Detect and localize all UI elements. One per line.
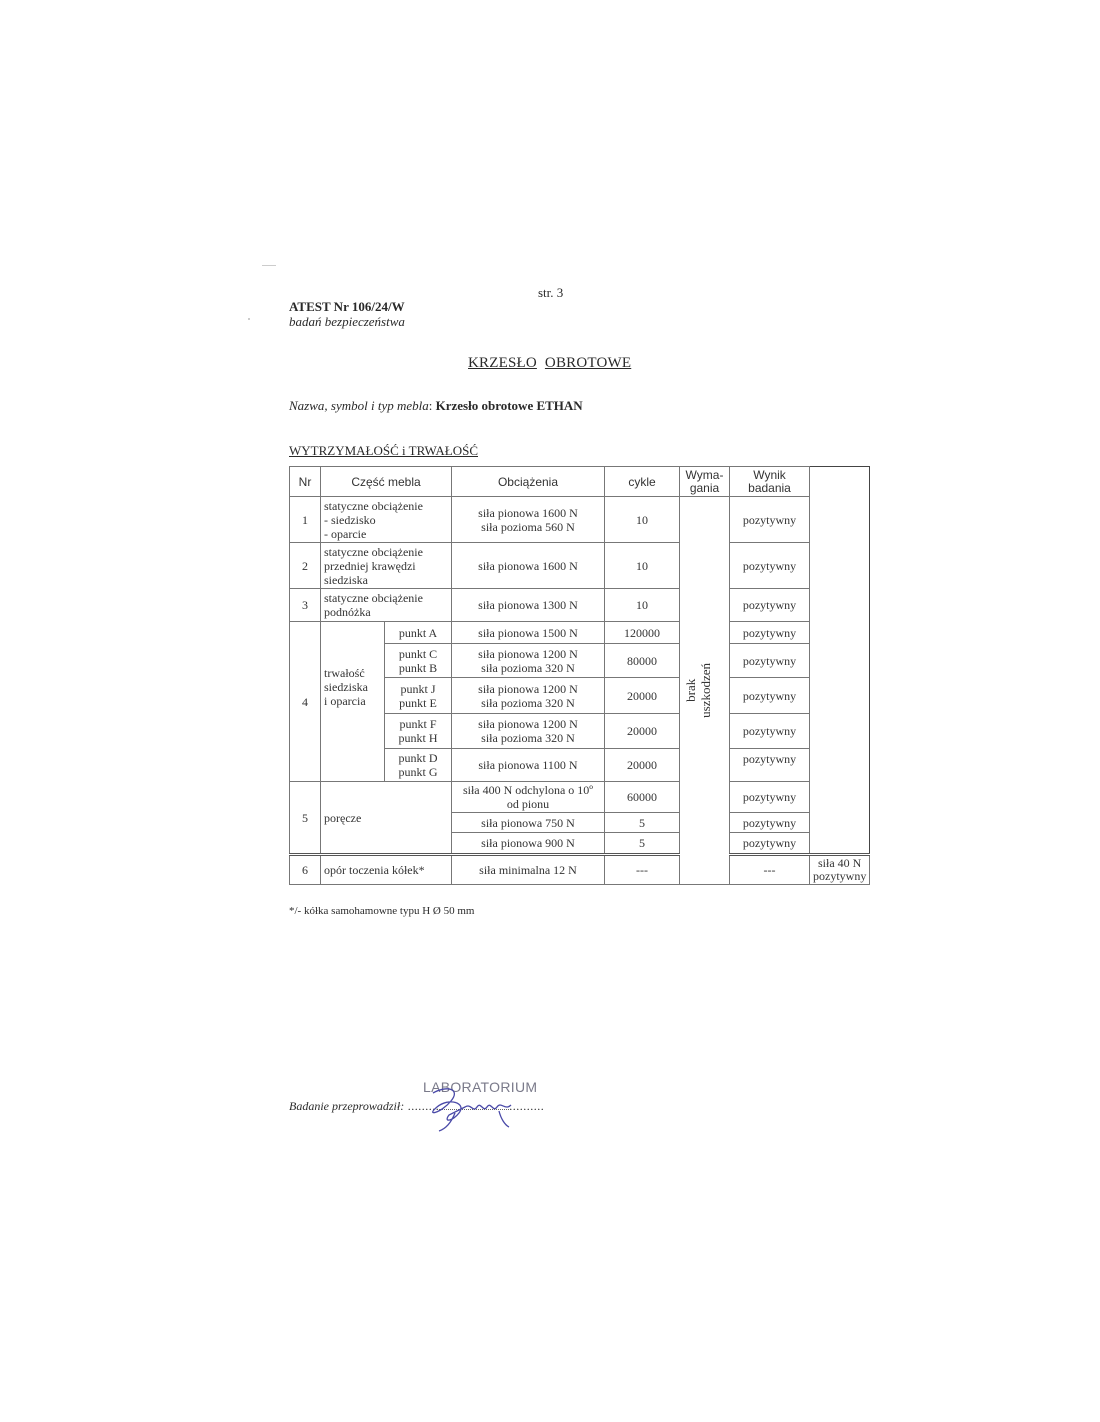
- table-row: 3 statyczne obciążeniepodnóżka siła pion…: [290, 589, 870, 622]
- title-word-2: OBROTOWE: [545, 355, 631, 371]
- footnote: */- kółka samohamowne typu H Ø 50 mm: [289, 905, 474, 917]
- table-row: 5 poręcze siła 400 N odchylona o 10ºod p…: [290, 782, 870, 813]
- row-cycles: 10: [605, 497, 680, 543]
- row-load: siła pionowa 1600 N: [452, 543, 605, 589]
- signature-label: Badanie przeprowadził:: [289, 1099, 404, 1113]
- row-cycles: 5: [605, 813, 680, 833]
- table-row: 1 statyczne obciążenie- siedzisko- oparc…: [290, 497, 870, 543]
- scan-speck: [262, 265, 276, 266]
- handwritten-signature: [415, 1083, 525, 1133]
- row-result: pozytywny: [730, 589, 810, 622]
- row-cycles: 10: [605, 589, 680, 622]
- row-nr: 1: [290, 497, 321, 543]
- row-cycles: 10: [605, 543, 680, 589]
- test-results-table: Nr Część mebla Obciążenia cykle Wyma-gan…: [289, 466, 870, 885]
- row-load: siła pionowa 1600 Nsiła pozioma 560 N: [452, 497, 605, 543]
- row-load: siła pionowa 750 N: [452, 813, 605, 833]
- row-points: punkt A: [385, 622, 452, 644]
- requirements-text: brakuszkodzeń: [683, 663, 713, 718]
- row-load: siła pionowa 1200 Nsiła pozioma 320 N: [452, 714, 605, 749]
- table-row: 4 trwałośćsiedziskai oparcia punkt A sił…: [290, 622, 870, 644]
- product-label: Nazwa, symbol i typ mebla: [289, 398, 429, 413]
- row-load: siła pionowa 1500 N: [452, 622, 605, 644]
- header-result: Wynikbadania: [730, 467, 810, 497]
- row-nr: 4: [290, 622, 321, 782]
- header-nr: Nr: [290, 467, 321, 497]
- row-points: punkt Dpunkt G: [385, 749, 452, 782]
- header-part: Część mebla: [321, 467, 452, 497]
- row-cycles: 20000: [605, 678, 680, 714]
- row-result: pozytywny: [730, 497, 810, 543]
- scan-speck: [248, 318, 250, 320]
- row-cycles: 20000: [605, 714, 680, 749]
- row-part: statyczne obciążenieprzedniej krawędzisi…: [321, 543, 452, 589]
- row-cycles: 20000: [605, 749, 680, 782]
- row-nr: 6: [290, 855, 321, 885]
- row-result: pozytywny: [730, 543, 810, 589]
- product-name: Krzesło obrotowe ETHAN: [436, 398, 583, 413]
- row-part: statyczne obciążeniepodnóżka: [321, 589, 452, 622]
- table-row: 6 opór toczenia kółek* siła minimalna 12…: [290, 855, 870, 885]
- row-load: siła 400 N odchylona o 10ºod pionu: [452, 782, 605, 813]
- row-cycles: 60000: [605, 782, 680, 813]
- row-result: pozytywny: [730, 833, 810, 855]
- row-cycles: 5: [605, 833, 680, 855]
- header-loads: Obciążenia: [452, 467, 605, 497]
- row-part: trwałośćsiedziskai oparcia: [321, 622, 385, 782]
- row-points: punkt Fpunkt H: [385, 714, 452, 749]
- product-separator: :: [429, 398, 436, 413]
- product-line: Nazwa, symbol i typ mebla: Krzesło obrot…: [289, 398, 583, 414]
- requirements-merged-cell: brakuszkodzeń: [680, 497, 730, 885]
- row-load: siła pionowa 1200 Nsiła pozioma 320 N: [452, 678, 605, 714]
- row-cycles: 80000: [605, 644, 680, 678]
- certificate-number: ATEST Nr 106/24/W: [289, 299, 405, 315]
- header-cycles: cykle: [605, 467, 680, 497]
- row-load: siła pionowa 900 N: [452, 833, 605, 855]
- row-nr: 2: [290, 543, 321, 589]
- row-cycles: 120000: [605, 622, 680, 644]
- title-word-1: KRZESŁO: [468, 355, 537, 371]
- row-result: pozytywny: [730, 622, 810, 644]
- row-nr: 5: [290, 782, 321, 855]
- row-nr: 3: [290, 589, 321, 622]
- certificate-subtitle: badań bezpieczeństwa: [289, 314, 405, 330]
- row-requirements: ---: [730, 855, 810, 885]
- table-row: 2 statyczne obciążenieprzedniej krawędzi…: [290, 543, 870, 589]
- row-part: poręcze: [321, 782, 452, 855]
- row-result: pozytywny: [730, 749, 810, 782]
- row-part: statyczne obciążenie- siedzisko- oparcie: [321, 497, 452, 543]
- page-number: str. 3: [538, 285, 563, 301]
- row-result: siła 40 Npozytywny: [810, 855, 870, 885]
- row-load: siła pionowa 1300 N: [452, 589, 605, 622]
- header-requirements: Wyma-gania: [680, 467, 730, 497]
- row-result: pozytywny: [730, 813, 810, 833]
- row-result: pozytywny: [730, 782, 810, 813]
- row-result: pozytywny: [730, 644, 810, 678]
- row-part: opór toczenia kółek*: [321, 855, 452, 885]
- row-load: siła pionowa 1100 N: [452, 749, 605, 782]
- row-load: siła pionowa 1200 Nsiła pozioma 320 N: [452, 644, 605, 678]
- row-points: punkt Cpunkt B: [385, 644, 452, 678]
- section-title: WYTRZYMAŁOŚĆ i TRWAŁOŚĆ: [289, 443, 478, 459]
- row-result: pozytywny: [730, 678, 810, 714]
- row-points: punkt Jpunkt E: [385, 678, 452, 714]
- document-title: KRZESŁOOBROTOWE: [468, 355, 631, 372]
- row-result: pozytywny: [730, 714, 810, 749]
- table-header-row: Nr Część mebla Obciążenia cykle Wyma-gan…: [290, 467, 870, 497]
- row-load: siła minimalna 12 N: [452, 855, 605, 885]
- row-cycles: ---: [605, 855, 680, 885]
